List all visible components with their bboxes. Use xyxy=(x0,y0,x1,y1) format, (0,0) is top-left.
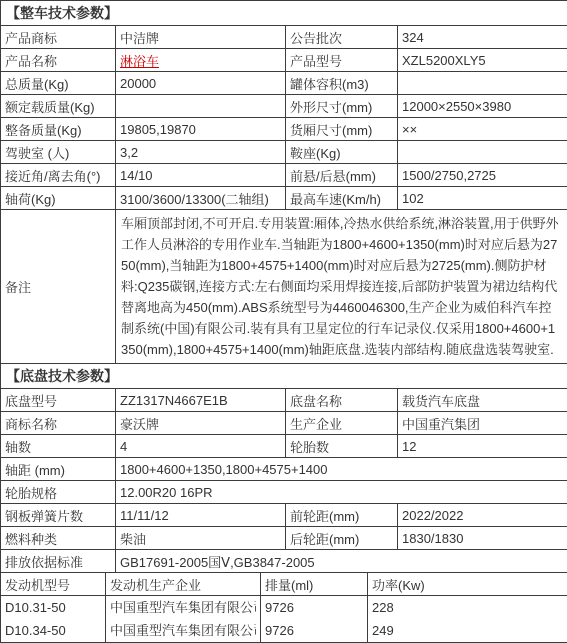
param-value xyxy=(398,72,567,95)
param-label: 轮胎规格 xyxy=(1,481,116,504)
param-value: 豪沃牌 xyxy=(116,412,286,435)
param-label: 产品名称 xyxy=(1,49,116,72)
table-row: 轴数 4 轮胎数 12 xyxy=(1,435,567,458)
table-row: 排放依据标准 GB17691-2005国Ⅴ,GB3847-2005 xyxy=(1,550,567,573)
param-value: 14/10 xyxy=(116,164,286,187)
param-label: 排放依据标准 xyxy=(1,550,116,573)
param-value: 4 xyxy=(116,435,286,458)
engine-manufacturer-cell: 中国重型汽车集团有限公司 中国重型汽车集团有限公司 xyxy=(106,596,261,643)
param-label: 鞍座(Kg) xyxy=(286,141,398,164)
param-value: ×× xyxy=(398,118,567,141)
remark-row: 备注 车厢顶部封闭,不可开启.专用装置:厢体,冷热水供给系统,淋浴装置,用于供野… xyxy=(1,210,567,364)
remark-label: 备注 xyxy=(1,210,116,364)
param-label: 货厢尺寸(mm) xyxy=(286,118,398,141)
param-value xyxy=(116,95,286,118)
param-value: 12.00R20 16PR xyxy=(116,481,567,504)
param-value: 3100/3600/13300(二轴组) xyxy=(116,187,286,210)
param-value: 中国重汽集团 xyxy=(398,412,567,435)
engine-power-cell: 228 249 xyxy=(368,596,567,643)
table-row: 总质量(Kg) 20000 罐体容积(m3) xyxy=(1,72,567,95)
param-value: 324 xyxy=(398,26,567,49)
engine-table: 发动机型号 发动机生产企业 排量(ml) 功率(Kw) D10.31-50 D1… xyxy=(0,572,567,643)
table-row: 商标名称 豪沃牌 生产企业 中国重汽集团 xyxy=(1,412,567,435)
param-value: GB17691-2005国Ⅴ,GB3847-2005 xyxy=(116,550,567,573)
param-value: 淋浴车 xyxy=(116,49,286,72)
param-label: 罐体容积(m3) xyxy=(286,72,398,95)
chassis-params-table: 【底盘技术参数】 底盘型号 ZZ1317N4667E1B 底盘名称 载货汽车底盘… xyxy=(0,363,567,573)
table-row: 轮胎规格 12.00R20 16PR xyxy=(1,481,567,504)
param-label: 产品型号 xyxy=(286,49,398,72)
table-row: 整备质量(Kg) 19805,19870 货厢尺寸(mm) ×× xyxy=(1,118,567,141)
param-label: 商标名称 xyxy=(1,412,116,435)
engine-col-header: 发动机型号 xyxy=(1,573,106,596)
param-label: 燃料种类 xyxy=(1,527,116,550)
param-label: 轴距 (mm) xyxy=(1,458,116,481)
param-value: 1500/2750,2725 xyxy=(398,164,567,187)
param-label: 前悬/后悬(mm) xyxy=(286,164,398,187)
param-value: 12 xyxy=(398,435,567,458)
table-row: 底盘型号 ZZ1317N4667E1B 底盘名称 载货汽车底盘 xyxy=(1,389,567,412)
param-label: 底盘型号 xyxy=(1,389,116,412)
section2-title-row: 【底盘技术参数】 xyxy=(1,364,567,389)
param-value xyxy=(398,141,567,164)
engine-data-row: D10.31-50 D10.34-50 中国重型汽车集团有限公司 中国重型汽车集… xyxy=(1,596,567,643)
table-row: 轴距 (mm) 1800+4600+1350,1800+4575+1400 xyxy=(1,458,567,481)
section1-title-row: 【整车技术参数】 xyxy=(1,1,567,26)
param-label: 轴数 xyxy=(1,435,116,458)
section1-title: 【整车技术参数】 xyxy=(1,1,567,26)
engine-manufacturer: 中国重型汽车集团有限公司 xyxy=(110,619,256,642)
param-label: 驾驶室 (人) xyxy=(1,141,116,164)
param-label: 前轮距(mm) xyxy=(286,504,398,527)
param-label: 产品商标 xyxy=(1,26,116,49)
remark-text: 车厢顶部封闭,不可开启.专用装置:厢体,冷热水供给系统,淋浴装置,用于供野外工作… xyxy=(116,210,567,364)
param-label: 轮胎数 xyxy=(286,435,398,458)
engine-header-row: 发动机型号 发动机生产企业 排量(ml) 功率(Kw) xyxy=(1,573,567,596)
table-row: 驾驶室 (人) 3,2 鞍座(Kg) xyxy=(1,141,567,164)
param-label: 接近角/离去角(°) xyxy=(1,164,116,187)
engine-model: D10.34-50 xyxy=(5,619,101,642)
param-value: 12000×2550×3980 xyxy=(398,95,567,118)
param-label: 整备质量(Kg) xyxy=(1,118,116,141)
table-row: 产品名称 淋浴车 产品型号 XZL5200XLY5 xyxy=(1,49,567,72)
engine-col-header: 排量(ml) xyxy=(261,573,368,596)
table-row: 燃料种类 柴油 后轮距(mm) 1830/1830 xyxy=(1,527,567,550)
param-value: 1800+4600+1350,1800+4575+1400 xyxy=(116,458,567,481)
param-label: 额定载质量(Kg) xyxy=(1,95,116,118)
param-value: 102 xyxy=(398,187,567,210)
param-label: 最高车速(Km/h) xyxy=(286,187,398,210)
param-label: 外形尺寸(mm) xyxy=(286,95,398,118)
param-label: 轴荷(Kg) xyxy=(1,187,116,210)
param-value: ZZ1317N4667E1B xyxy=(116,389,286,412)
table-row: 钢板弹簧片数 11/11/12 前轮距(mm) 2022/2022 xyxy=(1,504,567,527)
engine-displacement: 9726 xyxy=(265,596,363,619)
table-row: 产品商标 中洁牌 公告批次 324 xyxy=(1,26,567,49)
engine-col-header: 功率(Kw) xyxy=(368,573,567,596)
param-value: XZL5200XLY5 xyxy=(398,49,567,72)
param-value: 20000 xyxy=(116,72,286,95)
param-value: 19805,19870 xyxy=(116,118,286,141)
vehicle-params-table: 【整车技术参数】 产品商标 中洁牌 公告批次 324 产品名称 淋浴车 产品型号… xyxy=(0,0,567,364)
section2-title: 【底盘技术参数】 xyxy=(1,364,567,389)
param-value: 3,2 xyxy=(116,141,286,164)
param-label: 生产企业 xyxy=(286,412,398,435)
param-label: 底盘名称 xyxy=(286,389,398,412)
param-value: 1830/1830 xyxy=(398,527,567,550)
engine-model: D10.31-50 xyxy=(5,596,101,619)
engine-displacement-cell: 9726 9726 xyxy=(261,596,368,643)
param-value: 载货汽车底盘 xyxy=(398,389,567,412)
engine-power: 249 xyxy=(372,619,563,642)
param-label: 后轮距(mm) xyxy=(286,527,398,550)
engine-power: 228 xyxy=(372,596,563,619)
engine-col-header: 发动机生产企业 xyxy=(106,573,261,596)
table-row: 轴荷(Kg) 3100/3600/13300(二轴组) 最高车速(Km/h) 1… xyxy=(1,187,567,210)
param-label: 公告批次 xyxy=(286,26,398,49)
param-label: 钢板弹簧片数 xyxy=(1,504,116,527)
param-value: 11/11/12 xyxy=(116,504,286,527)
table-row: 接近角/离去角(°) 14/10 前悬/后悬(mm) 1500/2750,272… xyxy=(1,164,567,187)
param-value: 中洁牌 xyxy=(116,26,286,49)
engine-model-cell: D10.31-50 D10.34-50 xyxy=(1,596,106,643)
engine-displacement: 9726 xyxy=(265,619,363,642)
param-value: 2022/2022 xyxy=(398,504,567,527)
engine-manufacturer: 中国重型汽车集团有限公司 xyxy=(110,596,256,619)
spec-sheet: 【整车技术参数】 产品商标 中洁牌 公告批次 324 产品名称 淋浴车 产品型号… xyxy=(0,0,567,643)
table-row: 额定载质量(Kg) 外形尺寸(mm) 12000×2550×3980 xyxy=(1,95,567,118)
product-name-link[interactable]: 淋浴车 xyxy=(120,54,159,69)
param-value: 柴油 xyxy=(116,527,286,550)
param-label: 总质量(Kg) xyxy=(1,72,116,95)
